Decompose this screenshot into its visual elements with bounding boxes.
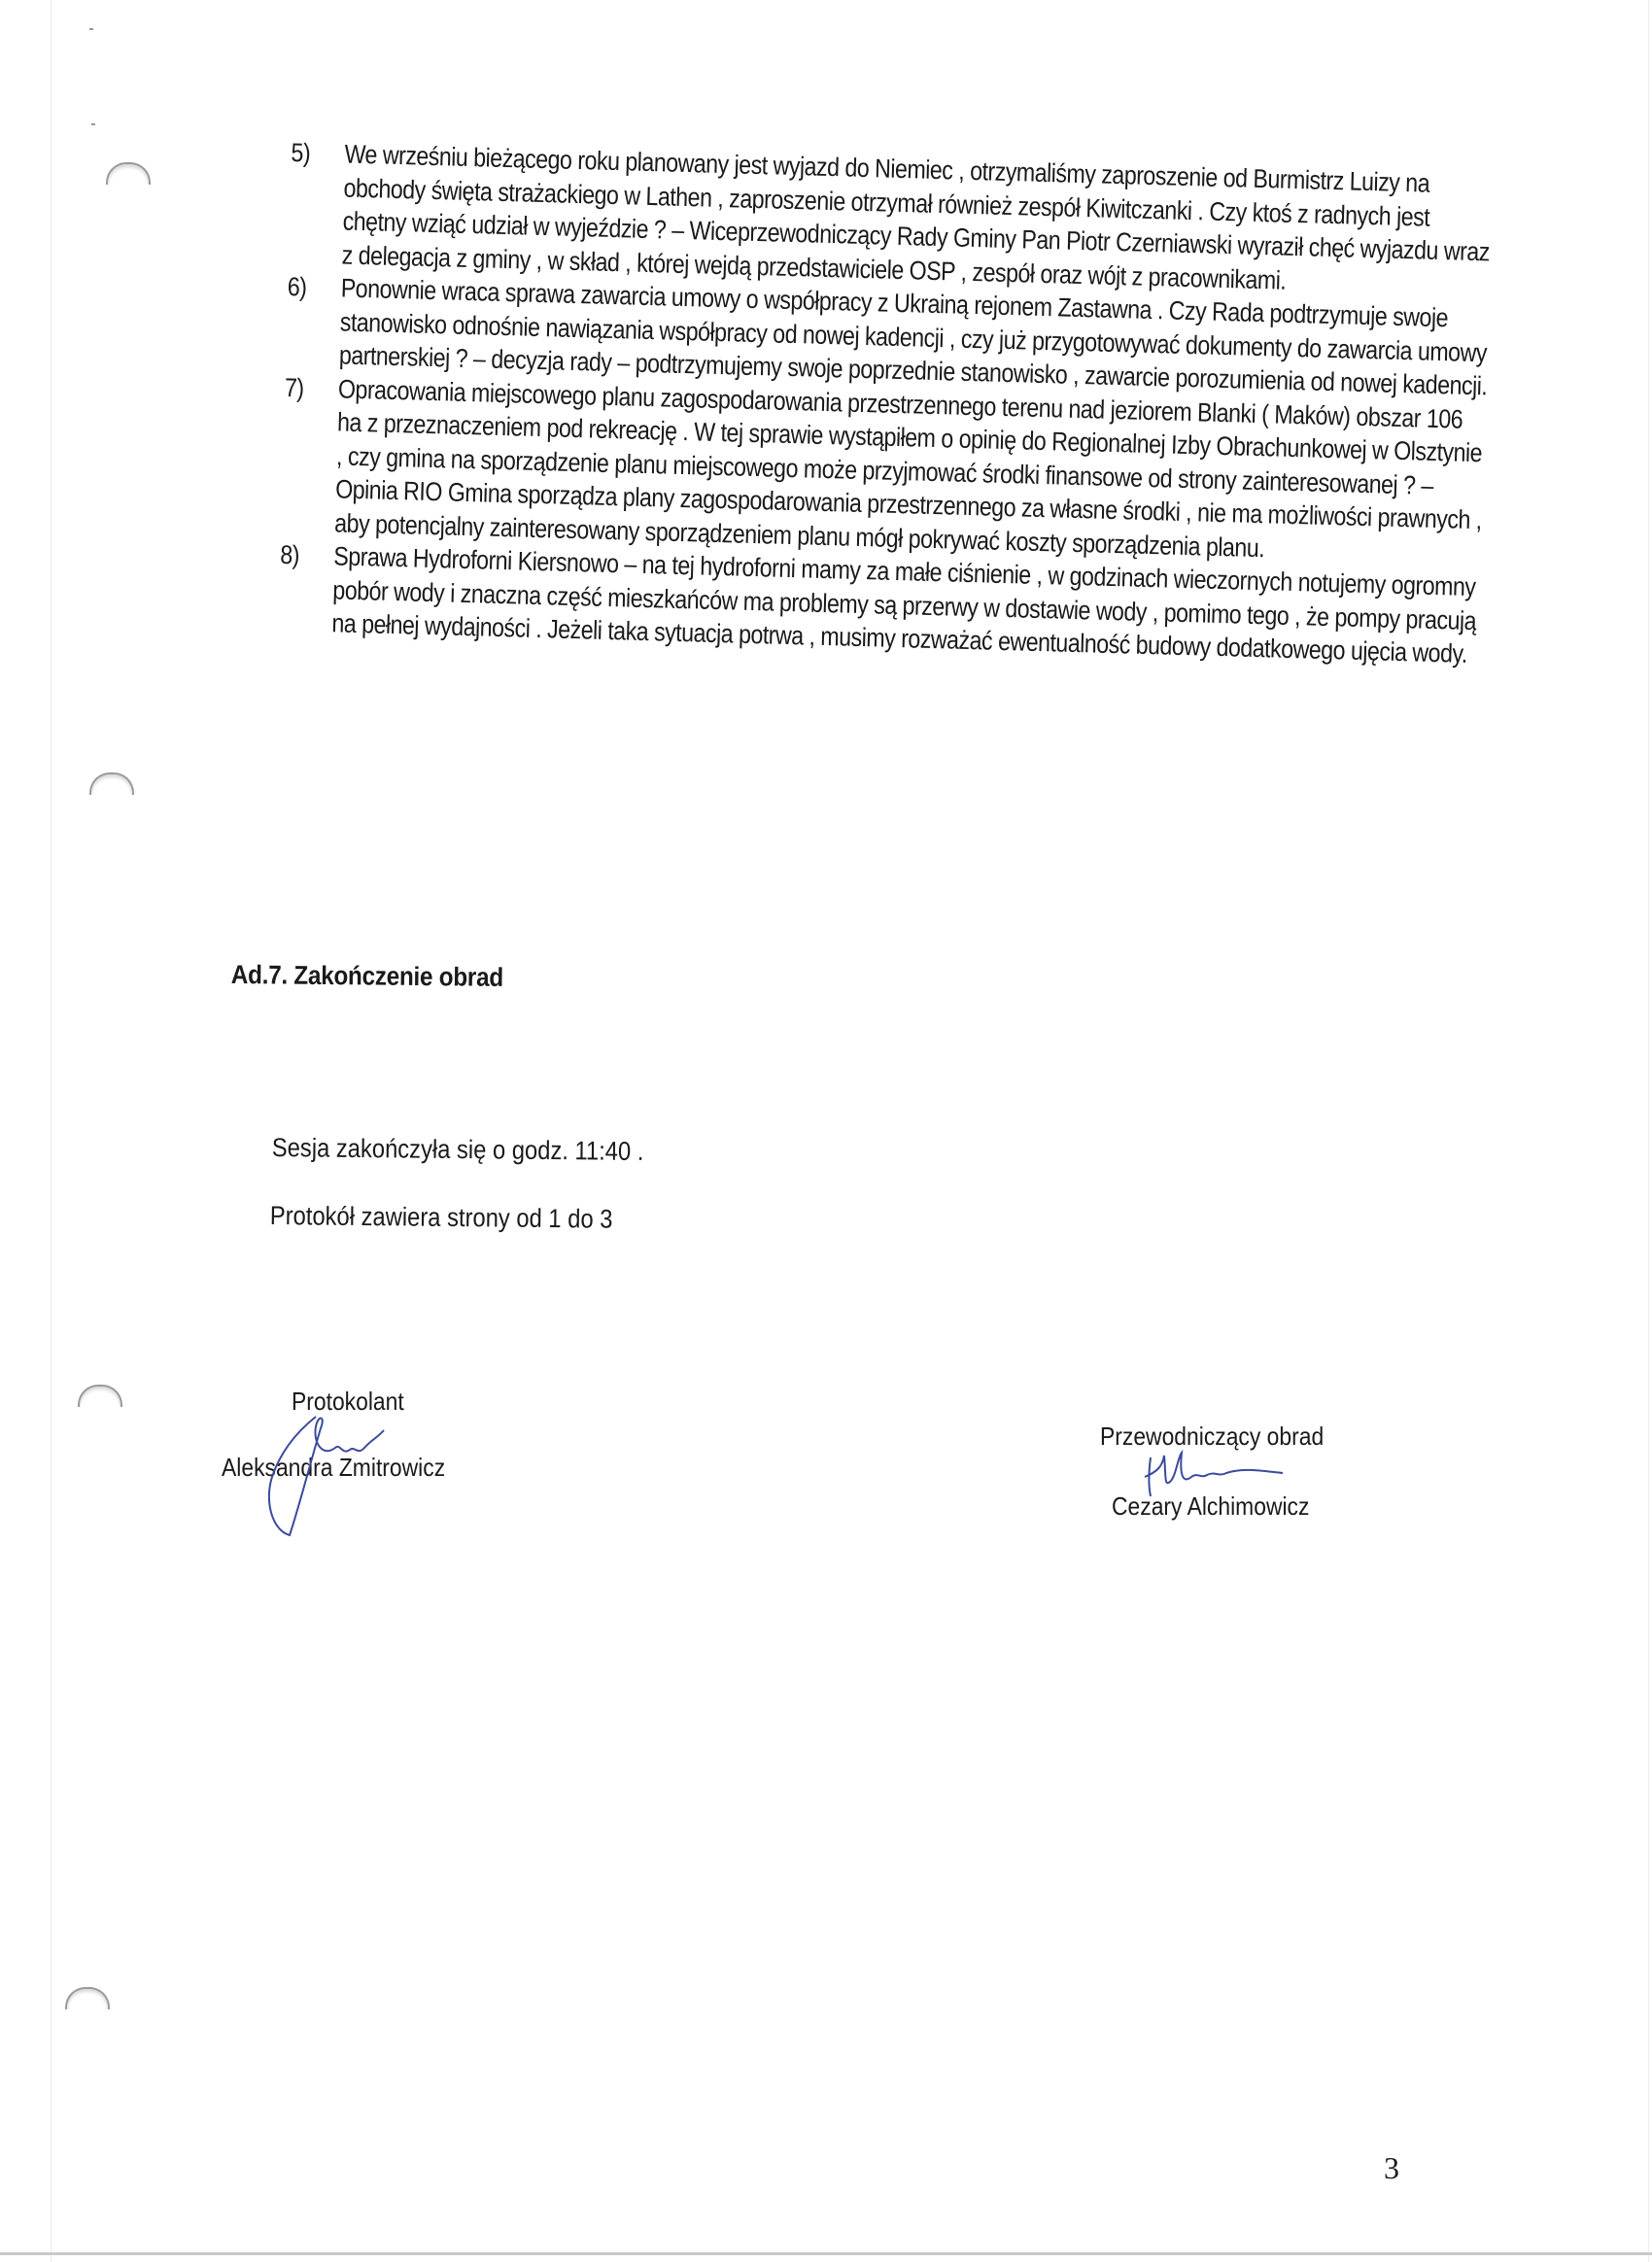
numbered-list: 5) We wrześniu bieżącego roku planowany … [278, 136, 1458, 670]
session-end-text: Sesja zakończyła się o godz. 11:40 . [272, 1133, 644, 1167]
page-right-edge [1648, 0, 1649, 2262]
list-number: 6) [287, 270, 307, 304]
scan-speck [89, 28, 93, 30]
page-number: 3 [1384, 2150, 1399, 2186]
scan-speck [91, 123, 95, 125]
punch-hole-mark [106, 162, 151, 185]
punch-hole-mark [78, 1385, 122, 1407]
handwritten-signature-icon [1137, 1438, 1322, 1506]
list-item-text: We wrześniu bieżącego roku planowany jes… [341, 139, 1490, 294]
page-left-edge [51, 0, 52, 2262]
list-number: 5) [291, 136, 311, 170]
list-number: 7) [285, 370, 305, 404]
punch-hole-mark [89, 772, 134, 795]
page-bottom-edge [0, 2252, 1652, 2255]
list-item-7: 7) Opracowania miejscowego planu zagospo… [281, 370, 1492, 570]
section-heading: Ad.7. Zakończenie obrad [231, 960, 503, 993]
list-number: 8) [280, 538, 300, 572]
list-item-text: Opracowania miejscowego planu zagospodar… [334, 374, 1483, 563]
protocol-pages-text: Protokół zawiera strony od 1 do 3 [270, 1201, 613, 1235]
handwritten-signature-icon [243, 1409, 428, 1555]
punch-hole-mark [65, 1987, 110, 2009]
